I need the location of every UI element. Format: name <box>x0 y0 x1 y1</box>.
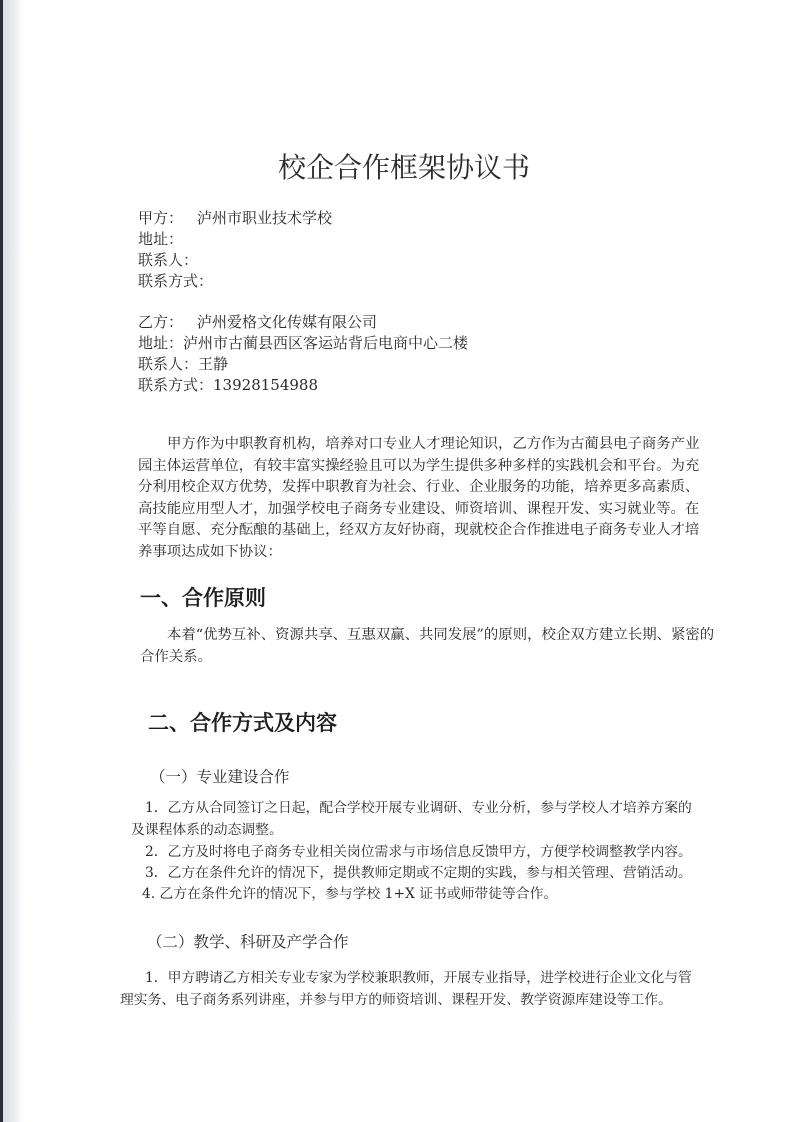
party-b-phone: 13928154988 <box>213 376 318 394</box>
party-a-contact-label: 联系人： <box>138 251 198 269</box>
party-b-name-line: 乙方：泸州爱格文化传媒有限公司 <box>138 312 377 332</box>
party-b-contact: 王静 <box>198 355 228 373</box>
party-b-contact-label: 联系人： <box>138 355 198 373</box>
party-a-name: 泸州市职业技术学校 <box>197 209 332 227</box>
party-b-label: 乙方： <box>138 313 183 331</box>
section-heading-principles: 一、合作原则 <box>140 582 266 612</box>
party-b-phone-label: 联系方式： <box>138 376 213 394</box>
intro-line: 分利用校企双方优势，发挥中职教育为社会、行业、企业服务的功能，培养更多高素质、 <box>138 477 699 499</box>
clause-item: 1．甲方聘请乙方相关专业专家为学校兼职教师，开展专业指导，进学校进行企业文化与管 <box>145 968 692 988</box>
clause-item: 2．乙方及时将电子商务专业相关岗位需求与市场信息反馈甲方，方便学校调整教学内容。 <box>145 842 692 862</box>
party-a-address-line: 地址： <box>138 229 183 249</box>
clause-item: 3．乙方在条件允许的情况下，提供教师定期或不定期的实践，参与相关管理、营销活动。 <box>145 863 692 883</box>
party-a-name-line: 甲方：泸州市职业技术学校 <box>138 208 332 228</box>
party-b-address-label: 地址： <box>138 334 183 352</box>
scan-edge-band <box>3 0 23 1122</box>
party-b-contact-line: 联系人：王静 <box>138 354 228 374</box>
clause-item: 4. 乙方在条件允许的情况下，参与学校 1+X 证书或师带徒等合作。 <box>142 884 557 904</box>
intro-line: 平等自愿、充分酝酿的基础上，经双方友好协商，现就校企合作推进电子商务专业人才培 <box>138 520 699 542</box>
party-a-address-label: 地址： <box>138 230 183 248</box>
party-b-address: 泸州市古蔺县西区客运站背后电商中心二楼 <box>183 334 468 352</box>
intro-line: 养事项达成如下协议： <box>138 542 282 564</box>
party-a-contact-line: 联系人： <box>138 250 198 270</box>
party-a-phone-label: 联系方式： <box>138 272 213 290</box>
party-b-phone-line: 联系方式：13928154988 <box>138 375 318 395</box>
party-b-address-line: 地址：泸州市古蔺县西区客运站背后电商中心二楼 <box>138 333 468 353</box>
subsection-heading-major-building: （一）专业建设合作 <box>150 765 290 787</box>
clause-item: 1．乙方从合同签订之日起，配合学校开展专业调研、专业分析，参与学校人才培养方案的 <box>145 798 692 818</box>
document-title: 校企合作框架协议书 <box>278 146 530 186</box>
party-b-name: 泸州爱格文化传媒有限公司 <box>197 313 377 331</box>
subsection-heading-teaching-research: （二）教学、科研及产学合作 <box>147 930 349 952</box>
party-a-phone-line: 联系方式： <box>138 271 213 291</box>
party-a-label: 甲方： <box>138 209 183 227</box>
clause-item: 及课程体系的动态调整。 <box>131 820 283 840</box>
intro-line: 园主体运营单位，有较丰富实操经验且可以为学生提供多种多样的实践机会和平台。为充 <box>138 456 699 478</box>
clause-item: 理实务、电子商务系列讲座，并参与甲方的师资培训、课程开发、教学资源库建设等工作。 <box>120 990 672 1010</box>
intro-line: 高技能应用型人才，加强学校电子商务专业建设、师资培训、课程开发、实习就业等。在 <box>138 499 699 521</box>
principles-line: 本着“优势互补、资源共享、互惠双赢、共同发展”的原则，校企双方建立长期、紧密的 <box>167 625 714 647</box>
intro-line: 甲方作为中职教育机构，培养对口专业人才理论知识，乙方作为古蔺县电子商务产业 <box>167 434 699 456</box>
principles-line: 合作关系。 <box>140 647 212 669</box>
section-heading-methods: 二、合作方式及内容 <box>148 707 337 737</box>
